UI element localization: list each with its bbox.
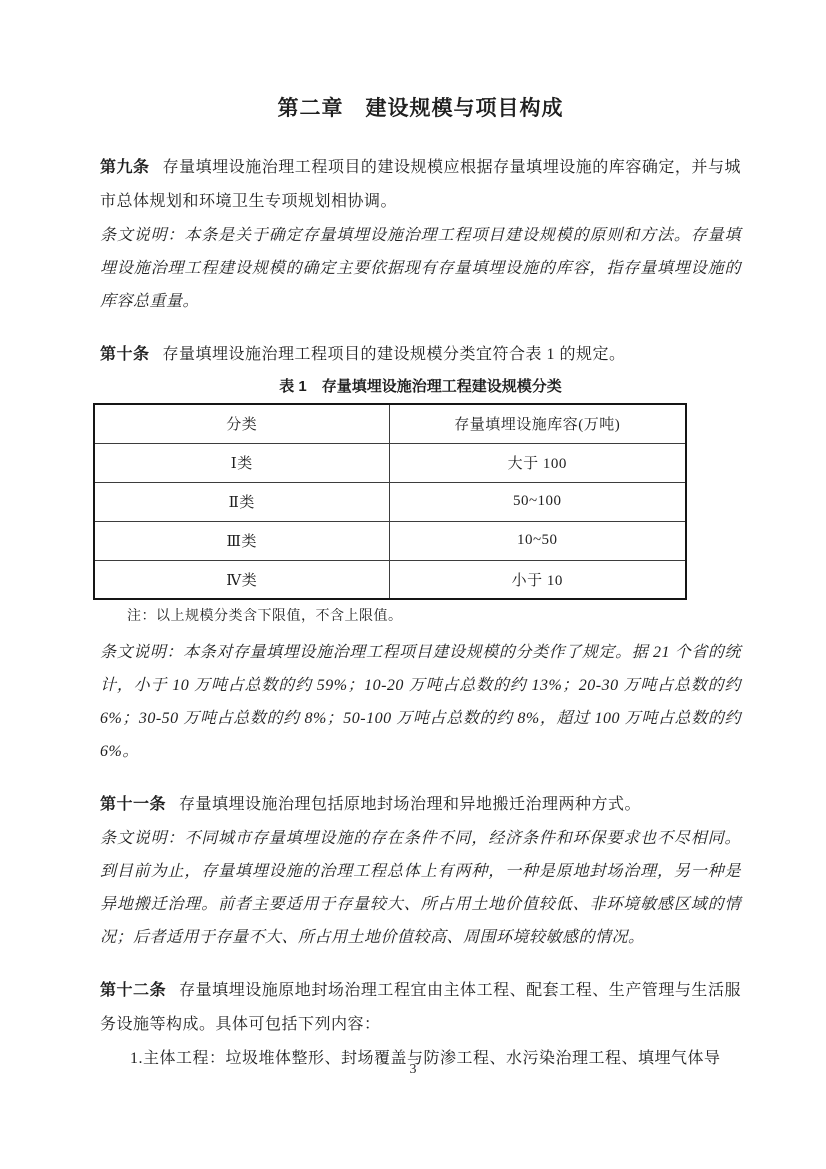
article-10-label: 第十条 <box>100 346 150 363</box>
article-11-explanation: 条文说明：不同城市存量填埋设施的存在条件不同，经济条件和环保要求也不尽相同。到目… <box>100 822 741 954</box>
page-number: 3 <box>0 1062 826 1078</box>
page-content: 第二章 建设规模与项目构成 第九条存量填埋设施治理工程项目的建设规模应根据存量填… <box>100 94 741 1076</box>
table-footnote: 注：以上规模分类含下限值，不含上限值。 <box>127 605 741 629</box>
table-header-capacity: 存量填埋设施库容(万吨) <box>389 404 686 443</box>
article-10-explanation: 条文说明：本条对存量填埋设施治理工程项目建设规模的分类作了规定。据 21 个省的… <box>100 636 741 768</box>
article-9: 第九条存量填埋设施治理工程项目的建设规模应根据存量填埋设施的库容确定，并与城市总… <box>100 151 741 219</box>
article-12-label: 第十二条 <box>100 982 166 999</box>
category-cell: Ⅲ类 <box>94 521 389 560</box>
document-page: 第二章 建设规模与项目构成 第九条存量填埋设施治理工程项目的建设规模应根据存量填… <box>0 0 826 1169</box>
table-row: Ⅱ类 50~100 <box>94 482 686 521</box>
category-cell: Ⅰ类 <box>94 443 389 482</box>
category-cell: Ⅱ类 <box>94 482 389 521</box>
article-9-text: 存量填埋设施治理工程项目的建设规模应根据存量填埋设施的库容确定，并与城市总体规划… <box>100 159 741 210</box>
capacity-cell: 小于 10 <box>389 560 686 599</box>
table-caption: 表 1 存量填埋设施治理工程建设规模分类 <box>100 376 741 398</box>
article-11: 第十一条存量填埋设施治理包括原地封场治理和异地搬迁治理两种方式。 <box>100 788 741 822</box>
scale-classification-table: 分类 存量填埋设施库容(万吨) Ⅰ类 大于 100 Ⅱ类 50~100 Ⅲ类 1… <box>93 403 687 600</box>
table-row: Ⅲ类 10~50 <box>94 521 686 560</box>
article-12-text: 存量填埋设施原地封场治理工程宜由主体工程、配套工程、生产管理与生活服务设施等构成… <box>100 982 741 1033</box>
table-header-row: 分类 存量填埋设施库容(万吨) <box>94 404 686 443</box>
table-header-category: 分类 <box>94 404 389 443</box>
article-10-text: 存量填埋设施治理工程项目的建设规模分类宜符合表 1 的规定。 <box>163 346 626 363</box>
chapter-title: 第二章 建设规模与项目构成 <box>100 94 741 124</box>
article-9-label: 第九条 <box>100 159 150 176</box>
capacity-cell: 50~100 <box>389 482 686 521</box>
table-row: Ⅰ类 大于 100 <box>94 443 686 482</box>
article-11-label: 第十一条 <box>100 796 166 813</box>
capacity-cell: 10~50 <box>389 521 686 560</box>
article-11-text: 存量填埋设施治理包括原地封场治理和异地搬迁治理两种方式。 <box>179 796 641 813</box>
article-10: 第十条存量填埋设施治理工程项目的建设规模分类宜符合表 1 的规定。 <box>100 338 741 372</box>
table-row: Ⅳ类 小于 10 <box>94 560 686 599</box>
capacity-cell: 大于 100 <box>389 443 686 482</box>
article-12: 第十二条存量填埋设施原地封场治理工程宜由主体工程、配套工程、生产管理与生活服务设… <box>100 974 741 1042</box>
article-9-explanation: 条文说明：本条是关于确定存量填埋设施治理工程项目建设规模的原则和方法。存量填埋设… <box>100 219 741 318</box>
category-cell: Ⅳ类 <box>94 560 389 599</box>
